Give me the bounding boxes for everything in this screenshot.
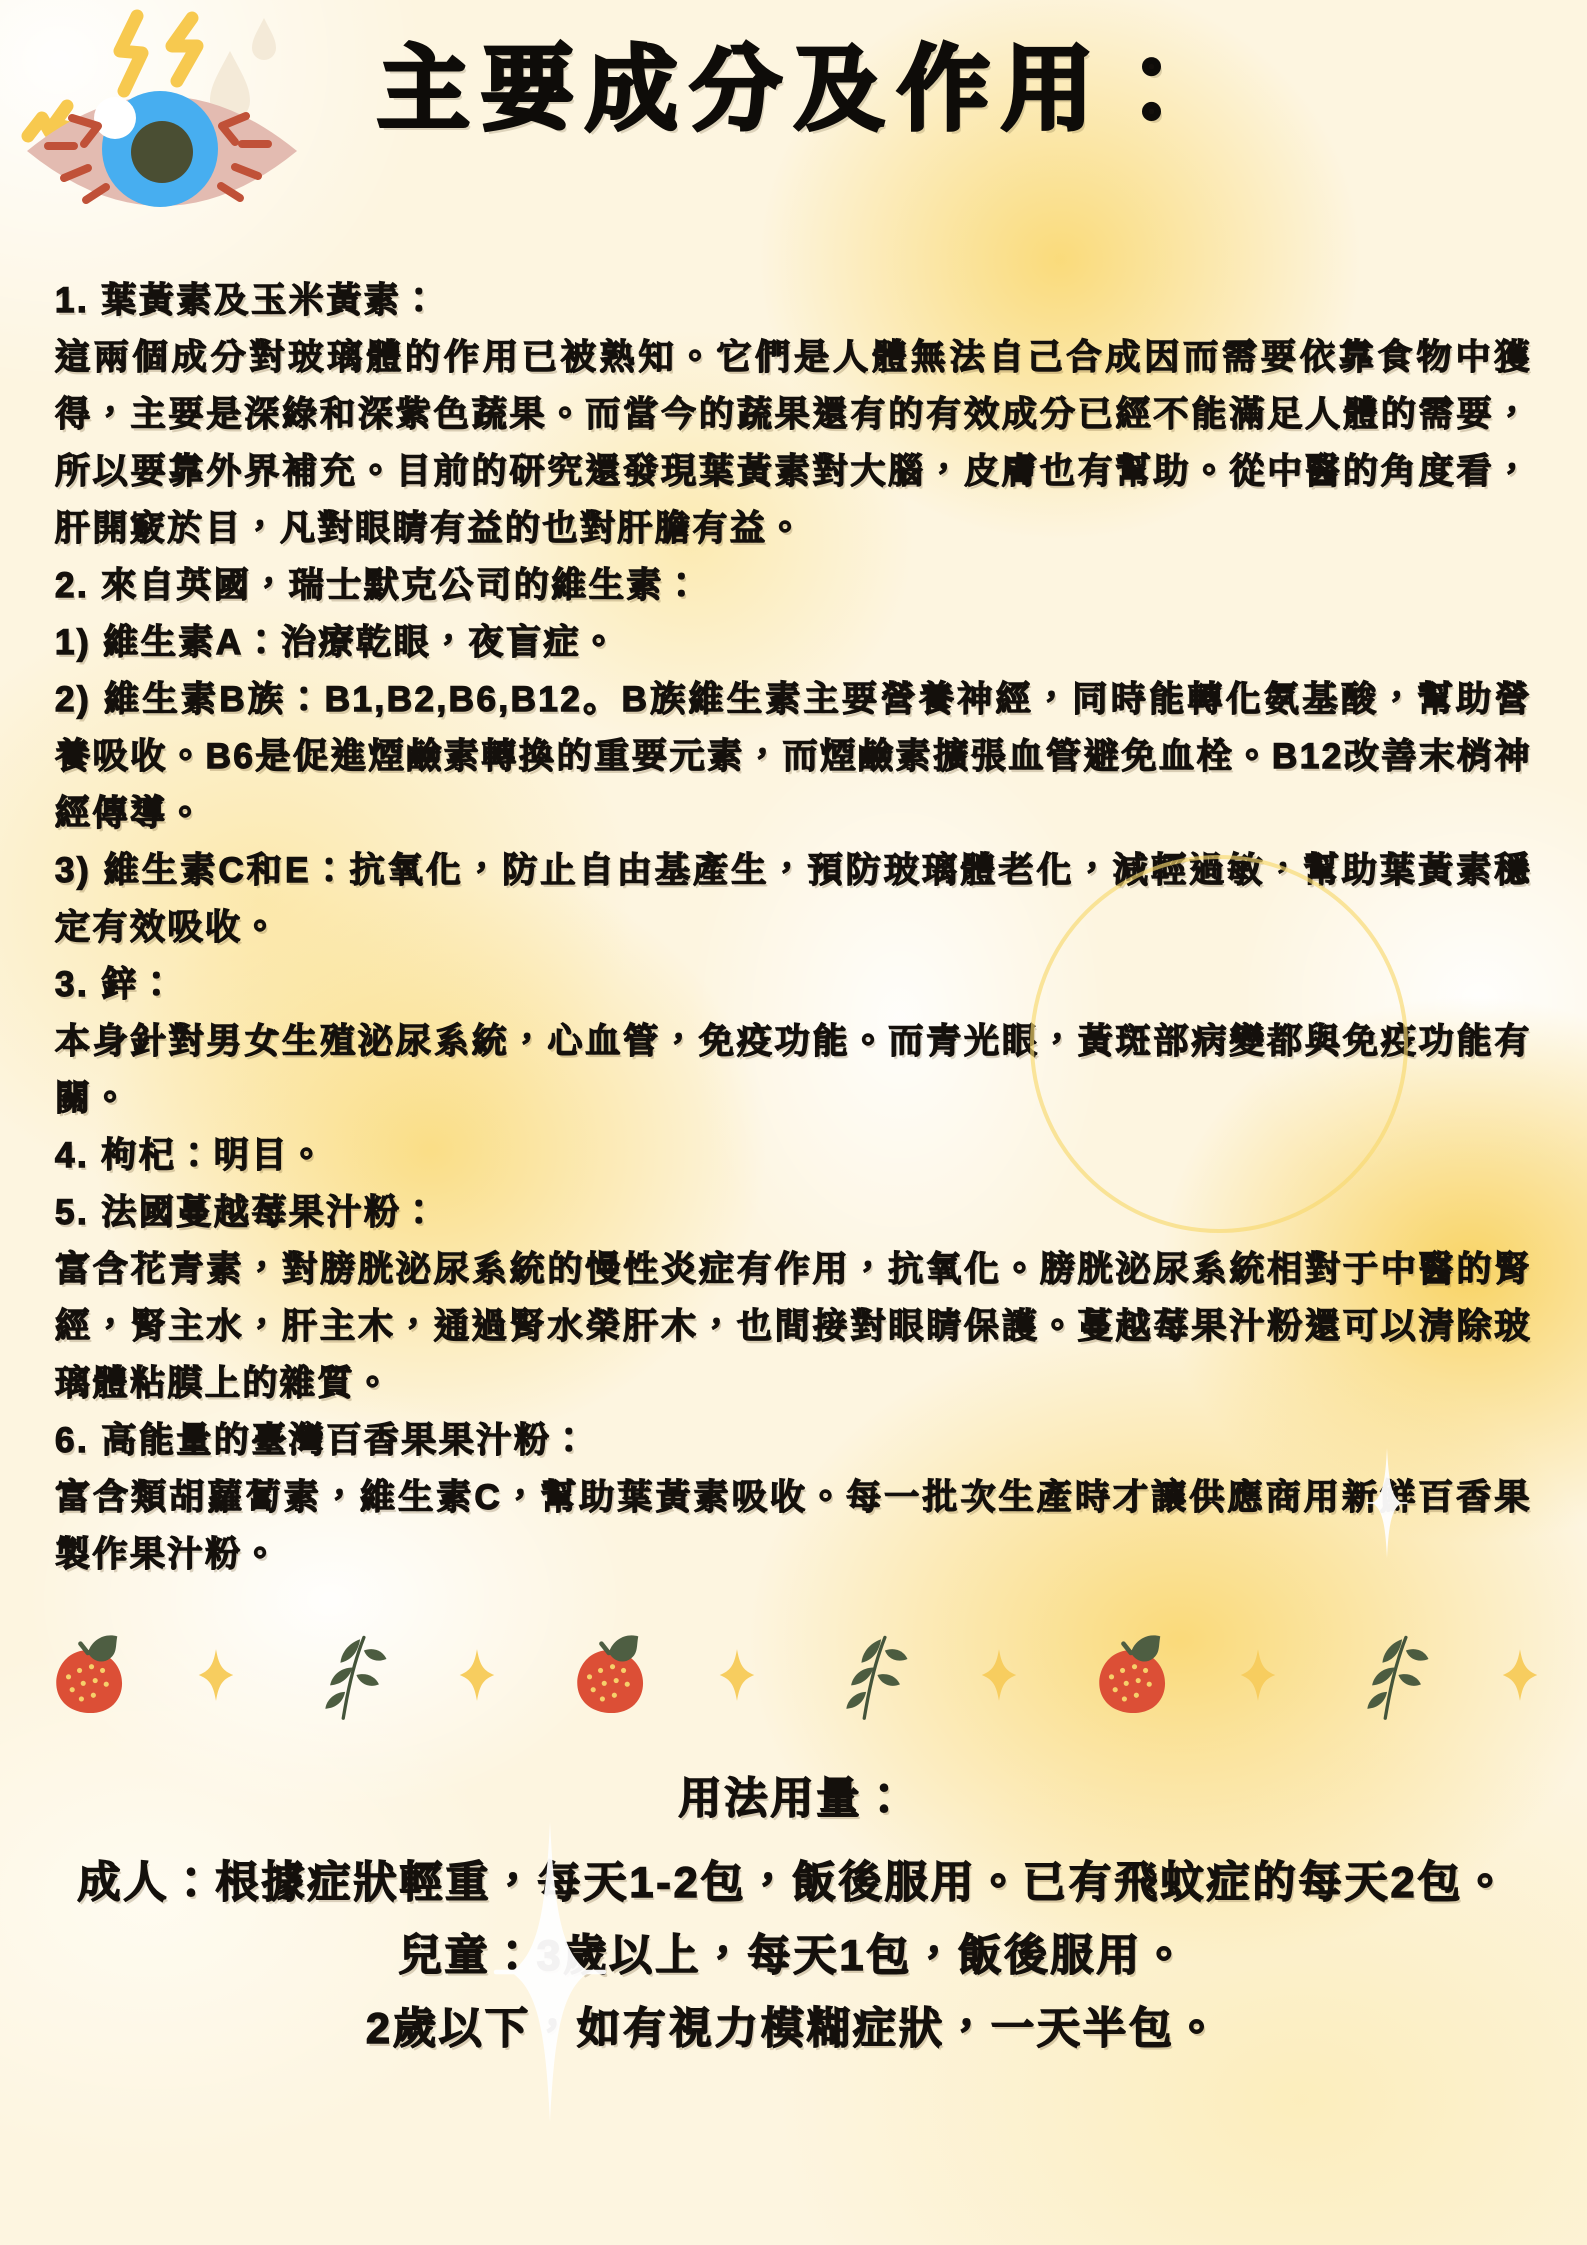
strawberry-icon [40,1629,132,1721]
section-1-body: 這兩個成分對玻璃體的作用已被熟知。它們是人體無法自己合成因而需要依靠食物中獲得，… [55,329,1532,557]
strawberry-icon [561,1629,653,1721]
usage-line-infants: 2歲以下，如有視力模糊症狀，一天半包。 [0,1993,1587,2066]
leaf-icon [300,1628,394,1722]
usage-line-children: 兒童：3歲以上，每天1包，飯後服用。 [0,1920,1587,1993]
sparkle-icon [450,1648,504,1702]
section-6-body: 富含類胡蘿蔔素，維生素C，幫助葉黃素吸收。每一批次生產時才讓供應商用新鮮百香果製… [55,1469,1532,1583]
leaf-icon [821,1628,915,1722]
sparkle-icon [710,1648,764,1702]
fruit-divider [40,1625,1547,1725]
eye-illustration [12,6,332,306]
sparkle-icon [189,1648,243,1702]
usage-line-adults: 成人：根據症狀輕重，每天1-2包，飯後服用。已有飛蚊症的每天2包。 [0,1847,1587,1920]
usage-heading: 用法用量： [0,1769,1587,1829]
section-5-body: 富含花青素，對膀胱泌尿系統的慢性炎症有作用，抗氧化。膀胱泌尿系統相對于中醫的腎經… [55,1241,1532,1412]
section-6-heading: 6. 高能量的臺灣百香果果汁粉： [55,1412,1532,1469]
leaf-icon [1342,1628,1436,1722]
teardrop-icon [252,18,276,60]
vitamin-a-item: 1) 維生素A：治療乾眼，夜盲症。 [55,614,1532,671]
white-sparkle-icon [1352,1448,1422,1563]
strawberry-icon [1083,1629,1175,1721]
usage-section: 用法用量： 成人：根據症狀輕重，每天1-2包，飯後服用。已有飛蚊症的每天2包。 … [0,1769,1587,2066]
section-2-heading: 2. 來自英國，瑞士默克公司的維生素： [55,557,1532,614]
poster: 主要成分及作用： 1. 葉黃素及玉米黃素： 這兩個成分對玻璃體的作用已被熟知。它… [0,0,1587,2245]
white-sparkle-icon [455,1822,645,2127]
sparkle-icon [972,1648,1026,1702]
vitamin-b-item: 2) 維生素B族：B1,B2,B6,B12。B族維生素主要營養神經，同時能轉化氨… [55,671,1532,842]
sparkle-icon [1493,1648,1547,1702]
decor-ring [1030,855,1408,1233]
sparkle-icon [1231,1648,1285,1702]
